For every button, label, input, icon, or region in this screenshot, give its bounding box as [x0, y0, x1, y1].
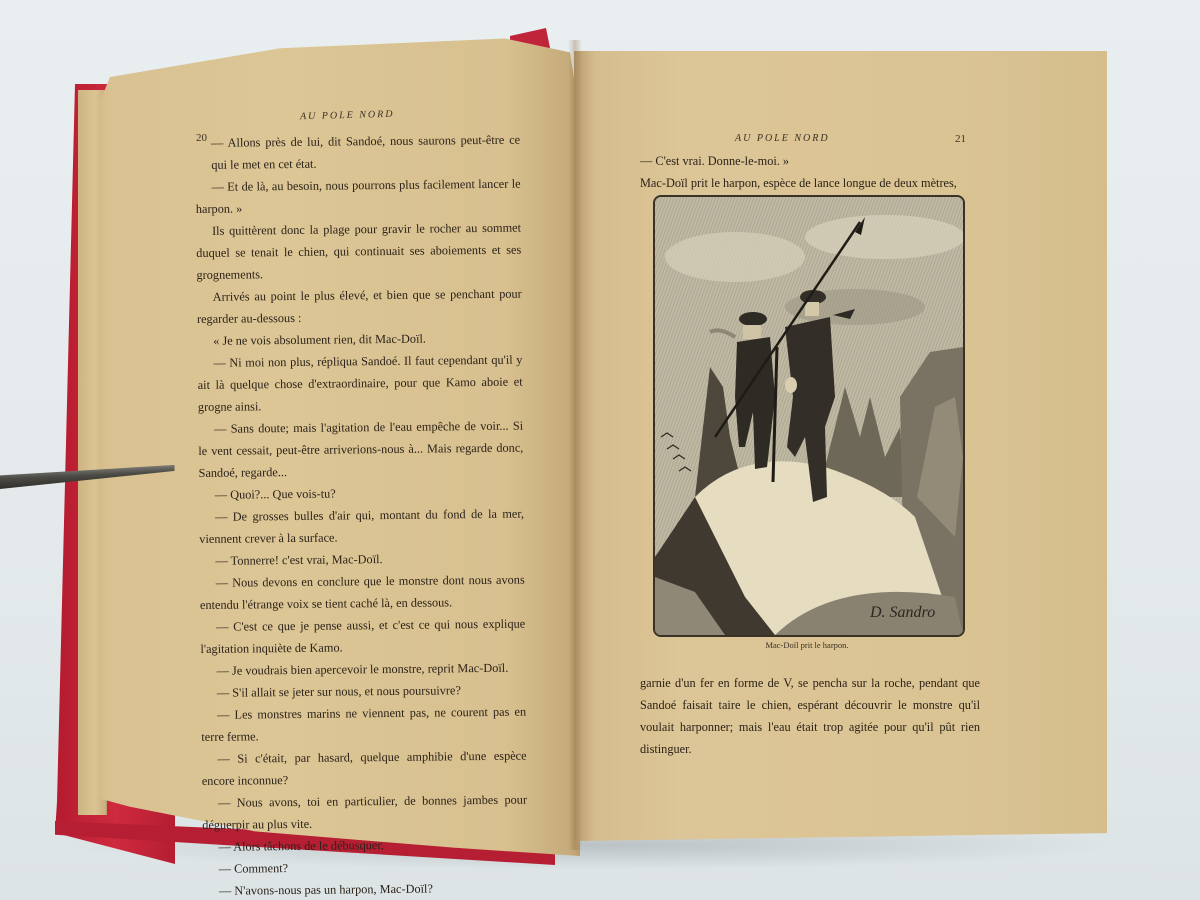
book-photo: AU POLE NORD 20 — Allons près de lui, di…: [0, 0, 1200, 900]
engraving-illustration: D. Sandro: [653, 195, 965, 637]
paragraph: — Je voudrais bien apercevoir le monstre…: [201, 657, 526, 682]
engraving-image: D. Sandro: [655, 197, 963, 635]
illustration-caption: Mac-Doïl prit le harpon.: [653, 640, 961, 650]
book-gutter: [568, 40, 582, 850]
paragraph: Ils quittèrent donc la plage pour gravir…: [196, 217, 522, 286]
right-page-number: 21: [955, 133, 966, 145]
paragraph: — Sans doute; mais l'agitation de l'eau …: [198, 415, 524, 484]
right-page-text-top: — C'est vrai. Donne-le-moi. » Mac-Doïl p…: [640, 150, 980, 194]
paragraph: — Nous avons, toi en particulier, de bon…: [202, 789, 527, 836]
artist-signature: D. Sandro: [869, 604, 935, 621]
paragraph: garnie d'un fer en forme de V, se pencha…: [640, 672, 980, 760]
left-page-text: — Allons près de lui, dit Sandoé, nous s…: [195, 129, 528, 900]
paragraph: — Si c'était, par hasard, quelque amphib…: [201, 745, 526, 792]
paragraph: — N'avons-nous pas un harpon, Mac-Doïl?: [203, 877, 528, 900]
paragraph: — Et de là, au besoin, nous pourrons plu…: [195, 173, 520, 220]
paragraph: Arrivés au point le plus élevé, et bien …: [197, 283, 522, 330]
paragraph: — Nous devons en conclure que le monstre…: [200, 569, 525, 616]
paragraph: — Les monstres marins ne viennent pas, n…: [201, 701, 526, 748]
paragraph: Mac-Doïl prit le harpon, espèce de lance…: [640, 172, 980, 194]
paragraph: — Allons près de lui, dit Sandoé, nous s…: [195, 129, 520, 176]
paragraph: — Ni moi non plus, répliqua Sandoé. Il f…: [197, 349, 523, 418]
paragraph: — C'est vrai. Donne-le-moi. »: [640, 150, 980, 172]
right-page-text-bottom: garnie d'un fer en forme de V, se pencha…: [640, 672, 980, 760]
right-running-head: AU POLE NORD: [735, 133, 830, 144]
paragraph: — C'est ce que je pense aussi, et c'est …: [200, 613, 525, 660]
paragraph: — De grosses bulles d'air qui, montant d…: [199, 503, 524, 550]
